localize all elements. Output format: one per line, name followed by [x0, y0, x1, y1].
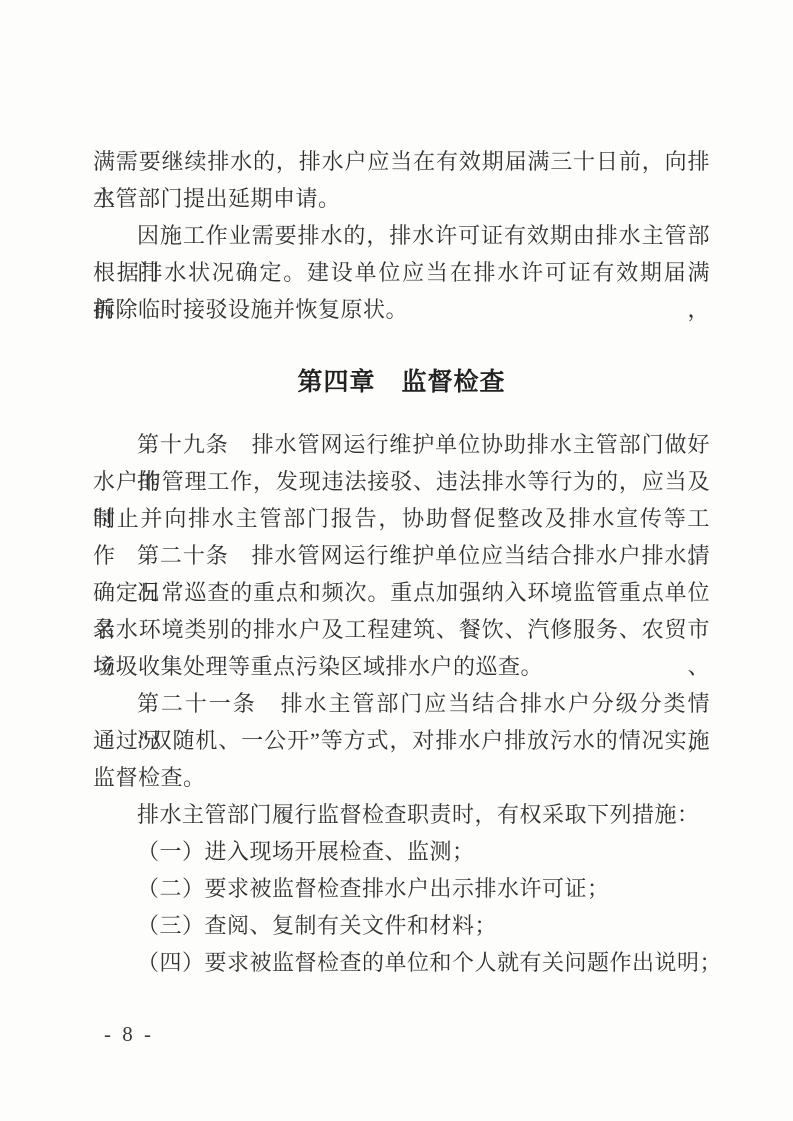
list-item: （一）进入现场开展检查、监测； — [93, 833, 710, 870]
document-body: 满需要继续排水的，排水户应当在有效期届满三十日前，向排水 主管部门提出延期申请。… — [93, 143, 710, 981]
body-text-line: 录水环境类别的排水户及工程建筑、餐饮、汽修服务、农贸市场、 — [93, 611, 710, 648]
list-item: （四）要求被监督检查的单位和个人就有关问题作出说明； — [93, 944, 710, 981]
body-text-line: 主管部门提出延期申请。 — [93, 180, 710, 217]
list-item: （三）查阅、复制有关文件和材料； — [93, 907, 710, 944]
body-text-line: 第二十一条 排水主管部门应当结合排水户分级分类情况， — [93, 685, 710, 722]
body-text-line: 监督检查。 — [93, 759, 710, 796]
body-text-line: 排水主管部门履行监督检查职责时，有权采取下列措施： — [93, 796, 710, 833]
body-text-line: 通过“双随机、一公开”等方式，对排水户排放污水的情况实施 — [93, 722, 710, 759]
body-text-line: 根据排水状况确定。建设单位应当在排水许可证有效期届满前， — [93, 254, 710, 291]
chapter-heading: 第四章 监督检查 — [93, 361, 710, 403]
body-text-line: 因施工作业需要排水的，排水许可证有效期由排水主管部门 — [93, 217, 710, 254]
body-text-line: 确定日常巡查的重点和频次。重点加强纳入环境监管重点单位名 — [93, 574, 710, 611]
body-text-line: 制止并向排水主管部门报告，协助督促整改及排水宣传等工作。 — [93, 500, 710, 537]
body-text-line: 第十九条 排水管网运行维护单位协助排水主管部门做好排 — [93, 426, 710, 463]
body-text-line: 满需要继续排水的，排水户应当在有效期届满三十日前，向排水 — [93, 143, 710, 180]
document-page: 满需要继续排水的，排水户应当在有效期届满三十日前，向排水 主管部门提出延期申请。… — [0, 0, 793, 1121]
body-text-line: 第二十条 排水管网运行维护单位应当结合排水户排水情况 — [93, 537, 710, 574]
page-number: - 8 - — [104, 1022, 154, 1047]
body-text-line: 水户的管理工作，发现违法接驳、违法排水等行为的，应当及时 — [93, 463, 710, 500]
list-item: （二）要求被监督检查排水户出示排水许可证； — [93, 870, 710, 907]
